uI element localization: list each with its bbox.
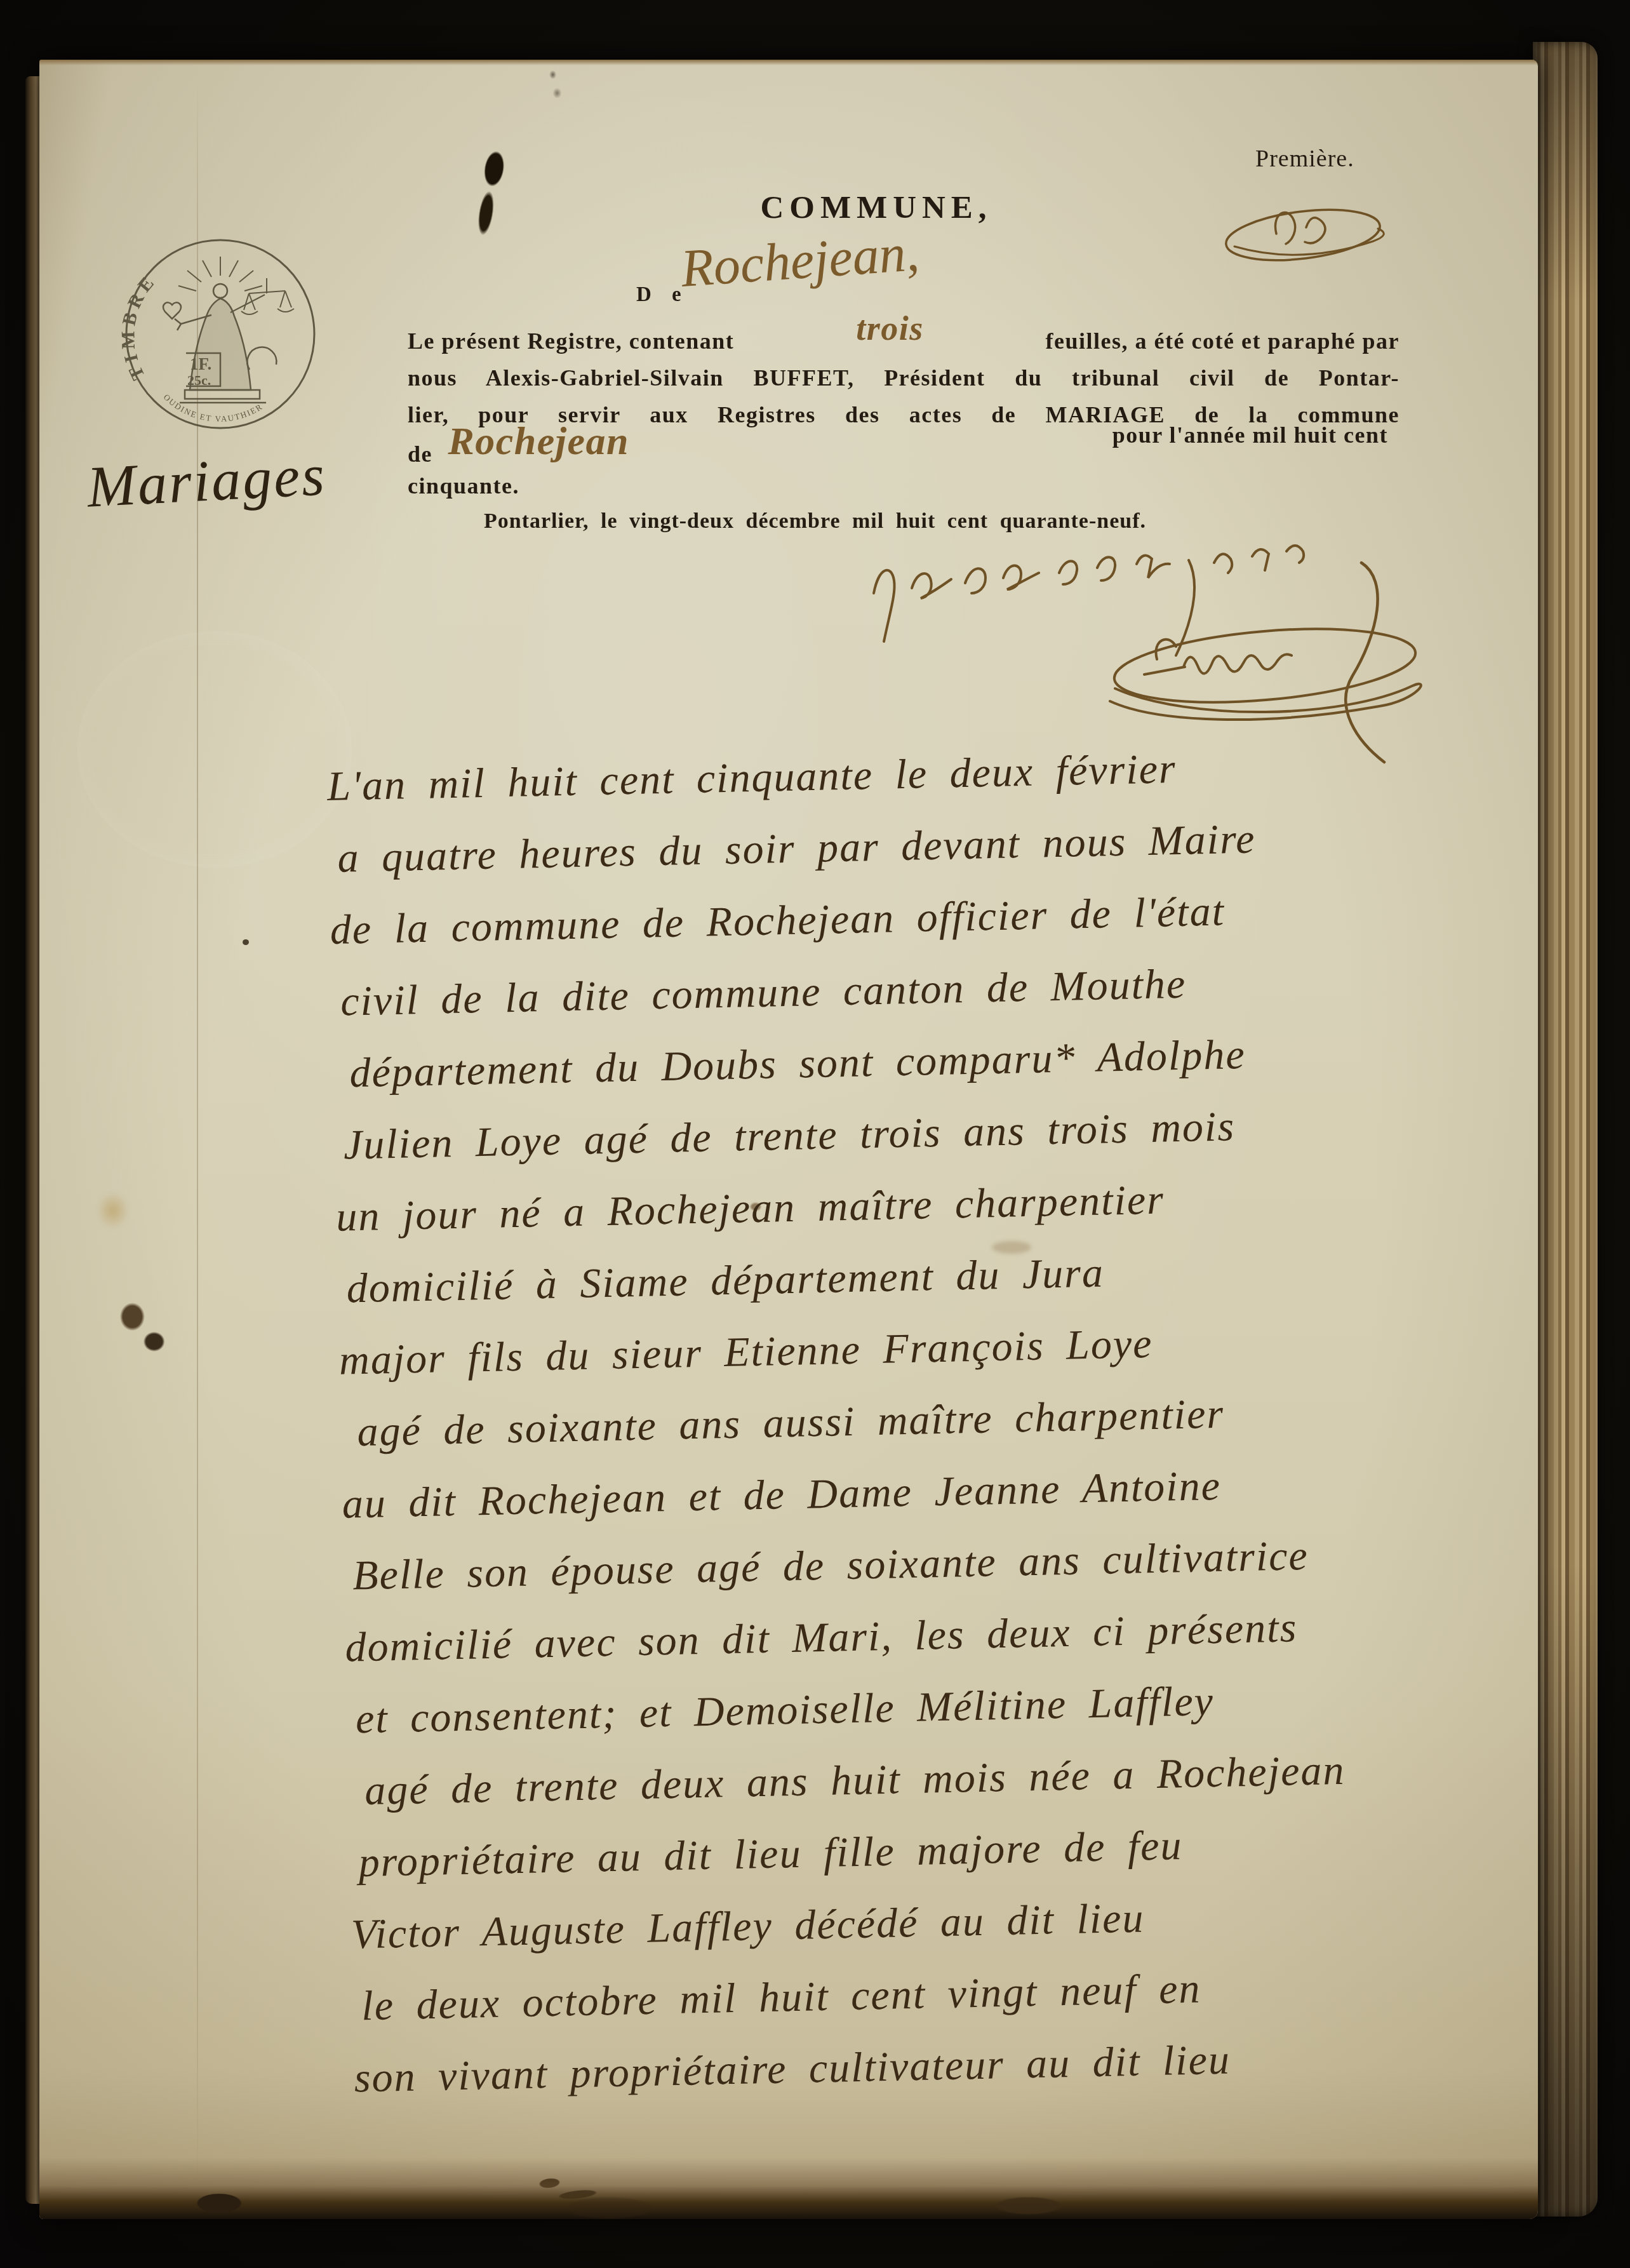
justice-head: [213, 284, 227, 298]
foxing-spot: [90, 1184, 136, 1237]
ink-speck: [243, 939, 249, 945]
heart-eye-emblem: [163, 302, 181, 319]
notice-line-1-left: Le présent Registre, contenant: [408, 323, 734, 359]
scales-icon: [230, 278, 294, 314]
president-paraph-icon: [1201, 180, 1411, 288]
margin-note-mariages: Mariages: [85, 441, 328, 521]
signature-ellipse-icon: [1110, 618, 1421, 720]
de-label: D e: [636, 283, 689, 307]
notice-de: de: [408, 441, 432, 467]
timbre-revenue-stamp-icon: 1F. 25c. TIMBRE OUDINE ET VAUTHIER: [119, 232, 322, 436]
justice-rays: [178, 257, 262, 291]
dateline: Pontarlier, le vingt-deux décembre mil h…: [484, 509, 1146, 533]
sheet-count-handwritten: trois: [856, 310, 924, 347]
embossed-blind-stamp: [77, 631, 352, 868]
stamp-arc-word: TIMBRE: [119, 269, 161, 383]
notice-line-6: cinquante.: [408, 467, 1400, 504]
act-body: L'an mil huit cent cinquante le deux fév…: [326, 725, 1580, 2114]
register-title-page: Première. COMMUNE, D e Rochejean, Le pré…: [39, 60, 1538, 2219]
commune-title: COMMUNE,: [654, 189, 1099, 226]
stamp-value-25c: 25c.: [187, 372, 211, 388]
ink-speck: [544, 67, 566, 104]
stamp-value-1f: 1F.: [190, 354, 211, 373]
page-bottom-damaged-edge: [39, 2158, 1538, 2219]
brown-stain: [109, 1292, 175, 1363]
ink-blot: [469, 147, 511, 240]
commune-name-handwritten: Rochejean,: [679, 222, 921, 300]
register-notice: Le présent Registre, contenant trois feu…: [408, 319, 1400, 504]
commune-name-inserted: Rochejean: [448, 420, 630, 463]
stamp-engraver: OUDINE ET VAUTHIER: [162, 392, 265, 424]
notice-line-2: nous Alexis-Gabriel-Silvain BUFFET, Prés…: [408, 359, 1400, 396]
notice-line-1-right: feuilles, a été coté et paraphé par: [1046, 323, 1400, 359]
notice-line-1: Le présent Registre, contenant trois feu…: [408, 319, 1400, 359]
plinth: [180, 390, 266, 403]
scanned-register-photo: Première. COMMUNE, D e Rochejean, Le pré…: [0, 0, 1630, 2268]
throne-scroll: [247, 347, 276, 370]
page-label: Première.: [1255, 145, 1354, 173]
